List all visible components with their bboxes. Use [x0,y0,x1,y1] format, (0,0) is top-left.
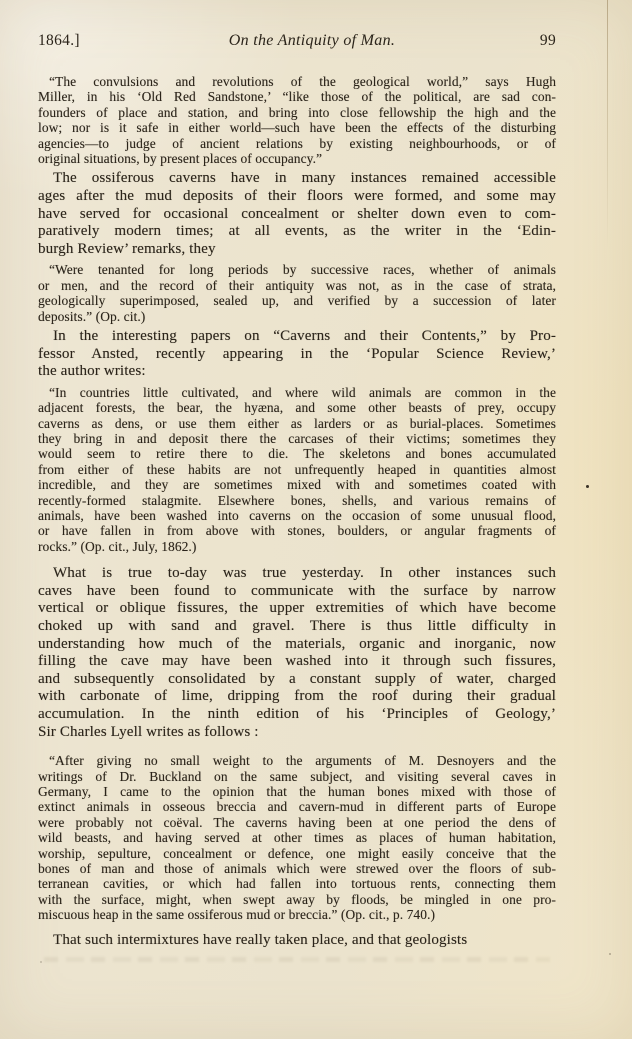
text-line: agencies—to judge of ancient relations b… [38,136,556,151]
text-line: low; nor is it safe in either world—such… [38,120,556,135]
text-line: founders of place and station, and bring… [38,105,556,120]
text-line: worship, sepulture, concealment or defen… [38,846,556,861]
text-line: ages after the mud deposits of their flo… [38,188,556,206]
text-line: recently-formed stalagmite. Elsewhere bo… [38,493,556,508]
text-line: original situations, by present places o… [38,151,556,166]
text-line: incredible, and they are sometimes mixed… [38,477,556,492]
page-header: 1864.] On the Antiquity of Man. 99 [38,32,560,54]
text-line: the author writes: [38,363,556,381]
text-line: they bring in and deposit there the carc… [38,431,556,446]
running-title: On the Antiquity of Man. [148,32,476,50]
text-line: bones of man and those of animals which … [38,861,556,876]
text-line: choked up with sand and gravel. There is… [38,618,556,636]
text-line: deposits.” (Op. cit.) [38,309,556,324]
ink-speck [40,961,42,963]
text-line: extinct animals in osseous breccia and c… [38,799,556,814]
page-edge-line [607,0,608,250]
show-through-artifact [44,957,550,962]
text-line: rocks.” (Op. cit., July, 1862.) [38,539,556,554]
text-line: fessor Ansted, recently appearing in the… [38,346,556,364]
text-line: miscuous heap in the same ossiferous mud… [38,907,556,922]
text-line: paratively modern times; at all events, … [38,223,556,241]
text-line: with the surface, might, when swept away… [38,892,556,907]
text-line: caves have been found to communicate wit… [38,583,556,601]
text-line: terranean cavities, or which had fallen … [38,876,556,891]
text-line: have served for occasional concealment o… [38,206,556,224]
paragraph-main: That such intermixtures have really take… [38,932,556,950]
text-line: “Were tenanted for long periods by succe… [38,262,556,277]
text-line: understanding how much of the materials,… [38,636,556,654]
text-line: Sir Charles Lyell writes as follows : [38,724,556,742]
text-line: filling the cave may have been washed in… [38,653,556,671]
text-line: What is true to-day was true yesterday. … [38,565,556,583]
text-line: burgh Review’ remarks, they [38,241,556,259]
ink-speck [586,485,589,488]
text-line: would seem to retire there to die. The s… [38,446,556,461]
text-line: That such intermixtures have really take… [38,932,556,950]
text-line: writings of Dr. Buckland on the same sub… [38,769,556,784]
page-number: 99 [476,32,560,50]
text-line: “The convulsions and revolutions of the … [38,74,556,89]
text-line: The ossiferous caverns have in many inst… [38,170,556,188]
paragraph-quote: “After giving no small weight to the arg… [38,753,556,922]
text-line: Germany, I came to the opinion that the … [38,784,556,799]
ink-speck [609,953,611,955]
text-line: were probably not coëval. The caverns ha… [38,815,556,830]
page-body: “The convulsions and revolutions of the … [38,74,556,953]
paragraph-quote: “The convulsions and revolutions of the … [38,74,556,166]
paragraph-main: What is true to-day was true yesterday. … [38,565,556,741]
text-line: animals, have been washed into caverns o… [38,508,556,523]
text-line: from either of these habits are not unfr… [38,462,556,477]
text-line: geologically superimposed, sealed up, an… [38,293,556,308]
paragraph-main: The ossiferous caverns have in many inst… [38,170,556,258]
text-line: or have fallen in from above with stones… [38,523,556,538]
book-page: 1864.] On the Antiquity of Man. 99 “The … [0,0,632,1039]
text-line: accumulation. In the ninth edition of hi… [38,706,556,724]
text-line: and subsequently consolidated by a const… [38,671,556,689]
text-line: Miller, in his ‘Old Red Sandstone,’ “lik… [38,89,556,104]
paragraph-quote: “In countries little cultivated, and whe… [38,385,556,554]
text-line: caverns as dens, or use them either as l… [38,416,556,431]
paragraph-quote: “Were tenanted for long periods by succe… [38,262,556,324]
text-line: “After giving no small weight to the arg… [38,753,556,768]
text-line: wild beasts, and having served at other … [38,830,556,845]
text-line: vertical or oblique fissures, the upper … [38,600,556,618]
text-line: with carbonate of lime, dripping from th… [38,688,556,706]
header-date: 1864.] [38,32,148,50]
text-line: or men, and the record of their antiquit… [38,278,556,293]
text-line: In the interesting papers on “Caverns an… [38,328,556,346]
text-line: “In countries little cultivated, and whe… [38,385,556,400]
paragraph-main: In the interesting papers on “Caverns an… [38,328,556,381]
text-line: adjacent forests, the bear, the hyæna, a… [38,400,556,415]
